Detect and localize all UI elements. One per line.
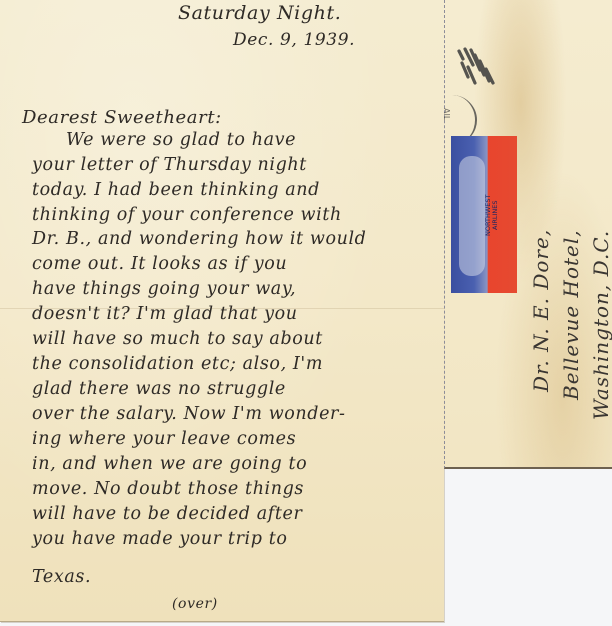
letter-line: over the salary. Now I'm wonder-: [32, 404, 346, 424]
cancellation-lines-icon: [453, 45, 503, 95]
airline-name: NORTHWEST AIRLINES: [485, 194, 499, 236]
handwritten-letter: Saturday Night. Dec. 9, 1939. Dearest Sw…: [0, 0, 444, 622]
letter-line: you have made your trip to: [32, 529, 287, 549]
letter-line: your letter of Thursday night: [32, 155, 307, 175]
letter-line: ing where your leave comes: [32, 429, 296, 449]
airplane-icon: [459, 156, 485, 276]
airmail-title: AIR MAIL: [513, 136, 517, 288]
letter-line: glad there was no struggle: [32, 379, 286, 399]
letter-line: have things going your way,: [32, 279, 296, 299]
airmail-envelope: AIL NORTHWEST AIRLINES AIR MAIL Dr. N. E…: [444, 0, 612, 469]
postmark-text: AIL: [442, 108, 451, 120]
letter-date: Dec. 9, 1939.: [233, 30, 355, 50]
letter-line: doesn't it? I'm glad that you: [32, 304, 298, 324]
letter-line: today. I had been thinking and: [32, 180, 320, 200]
address-line-city: Washington, D.C.: [589, 230, 612, 420]
letter-line: Dr. B., and wondering how it would: [32, 229, 367, 249]
letter-heading: Saturday Night.: [178, 2, 341, 24]
letter-line: move. No doubt those things: [32, 479, 304, 499]
letter-line: will have to be decided after: [32, 504, 302, 524]
airmail-label: NORTHWEST AIRLINES AIR MAIL: [451, 136, 517, 293]
letter-line: come out. It looks as if you: [32, 254, 287, 274]
letter-footer-over: (over): [172, 596, 218, 612]
letter-line: Texas.: [32, 567, 91, 587]
letter-line: We were so glad to have: [66, 130, 296, 150]
letter-salutation: Dearest Sweetheart:: [22, 107, 222, 128]
letter-line: the consolidation etc; also, I'm: [32, 354, 323, 374]
address-line-hotel: Bellevue Hotel,: [559, 229, 583, 400]
letter-line: thinking of your conference with: [32, 205, 342, 225]
letter-line: in, and when we are going to: [32, 454, 307, 474]
address-line-name: Dr. N. E. Dore,: [529, 229, 553, 392]
letter-line: will have so much to say about: [32, 329, 323, 349]
